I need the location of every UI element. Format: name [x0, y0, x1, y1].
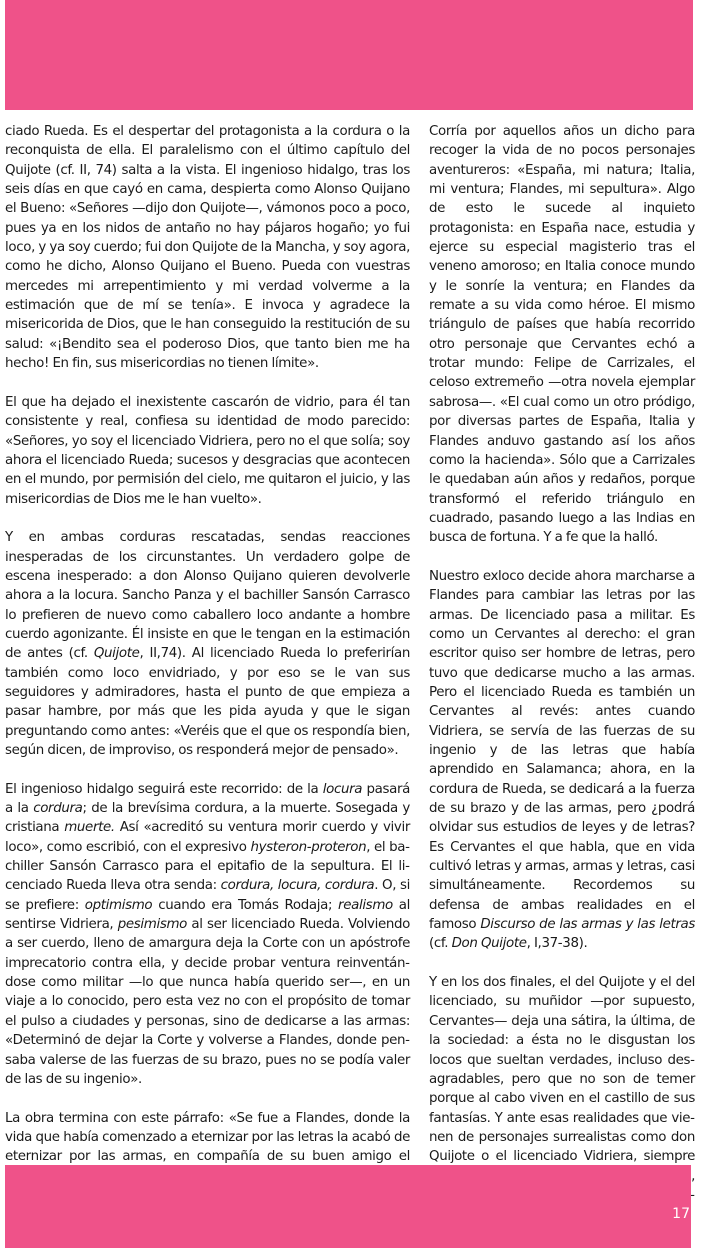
text-run: , II,74). Al licenciado Rueda lo preferi… [5, 646, 410, 758]
paragraph: Y en ambas corduras rescatadas, sendas r… [5, 528, 410, 760]
italic-text: cordura [33, 801, 82, 816]
italic-text: Discurso de las armas y las letras [480, 917, 695, 932]
italic-text: hysteron-proteron [250, 840, 366, 855]
text-run: al ser licenciado Rueda. Volviendo a ser… [5, 917, 410, 1087]
paragraph: Corría por aquellos años un dicho para r… [429, 122, 695, 548]
left-column: ciado Rueda. Es el despertar del protago… [5, 122, 410, 1205]
italic-text: pesimismo [118, 917, 187, 932]
italic-text: locura [323, 782, 362, 797]
italic-text: muerte. [64, 820, 115, 835]
text-run: cuando era Tomás Rodaja; [152, 898, 338, 913]
text-run: , I,37-38). [527, 936, 588, 951]
italic-text: realismo [338, 898, 393, 913]
text-run: Corría por aquellos años un dicho para r… [429, 124, 695, 545]
text-run: El ingenioso hidalgo seguirá este recorr… [5, 782, 323, 797]
text-run: Nuestro exloco decide ahora marcharse a … [429, 569, 695, 932]
footer-band [5, 1165, 691, 1248]
paragraph: El que ha dejado el inexistente cascarón… [5, 393, 410, 509]
italic-text: Don Quijote [452, 936, 527, 951]
paragraph: ciado Rueda. Es el despertar del protago… [5, 122, 410, 373]
text-run: Y en ambas corduras rescatadas, sendas r… [5, 530, 410, 661]
right-column: Corría por aquellos años un dicho para r… [429, 122, 695, 1225]
italic-text: optimismo [85, 898, 153, 913]
paragraph: El ingenioso hidalgo seguirá este recorr… [5, 780, 410, 1090]
text-run: ciado Rueda. Es el despertar del protago… [5, 124, 410, 371]
italic-text: cordura, locura, cordura [221, 878, 375, 893]
italic-text: Quijote [94, 646, 140, 661]
page-number: 17 [672, 1206, 690, 1222]
text-run: (cf. [429, 936, 452, 951]
header-band [5, 0, 693, 110]
text-run: El que ha dejado el inexistente cascarón… [5, 395, 410, 507]
paragraph: Nuestro exloco decide ahora marcharse a … [429, 567, 695, 954]
